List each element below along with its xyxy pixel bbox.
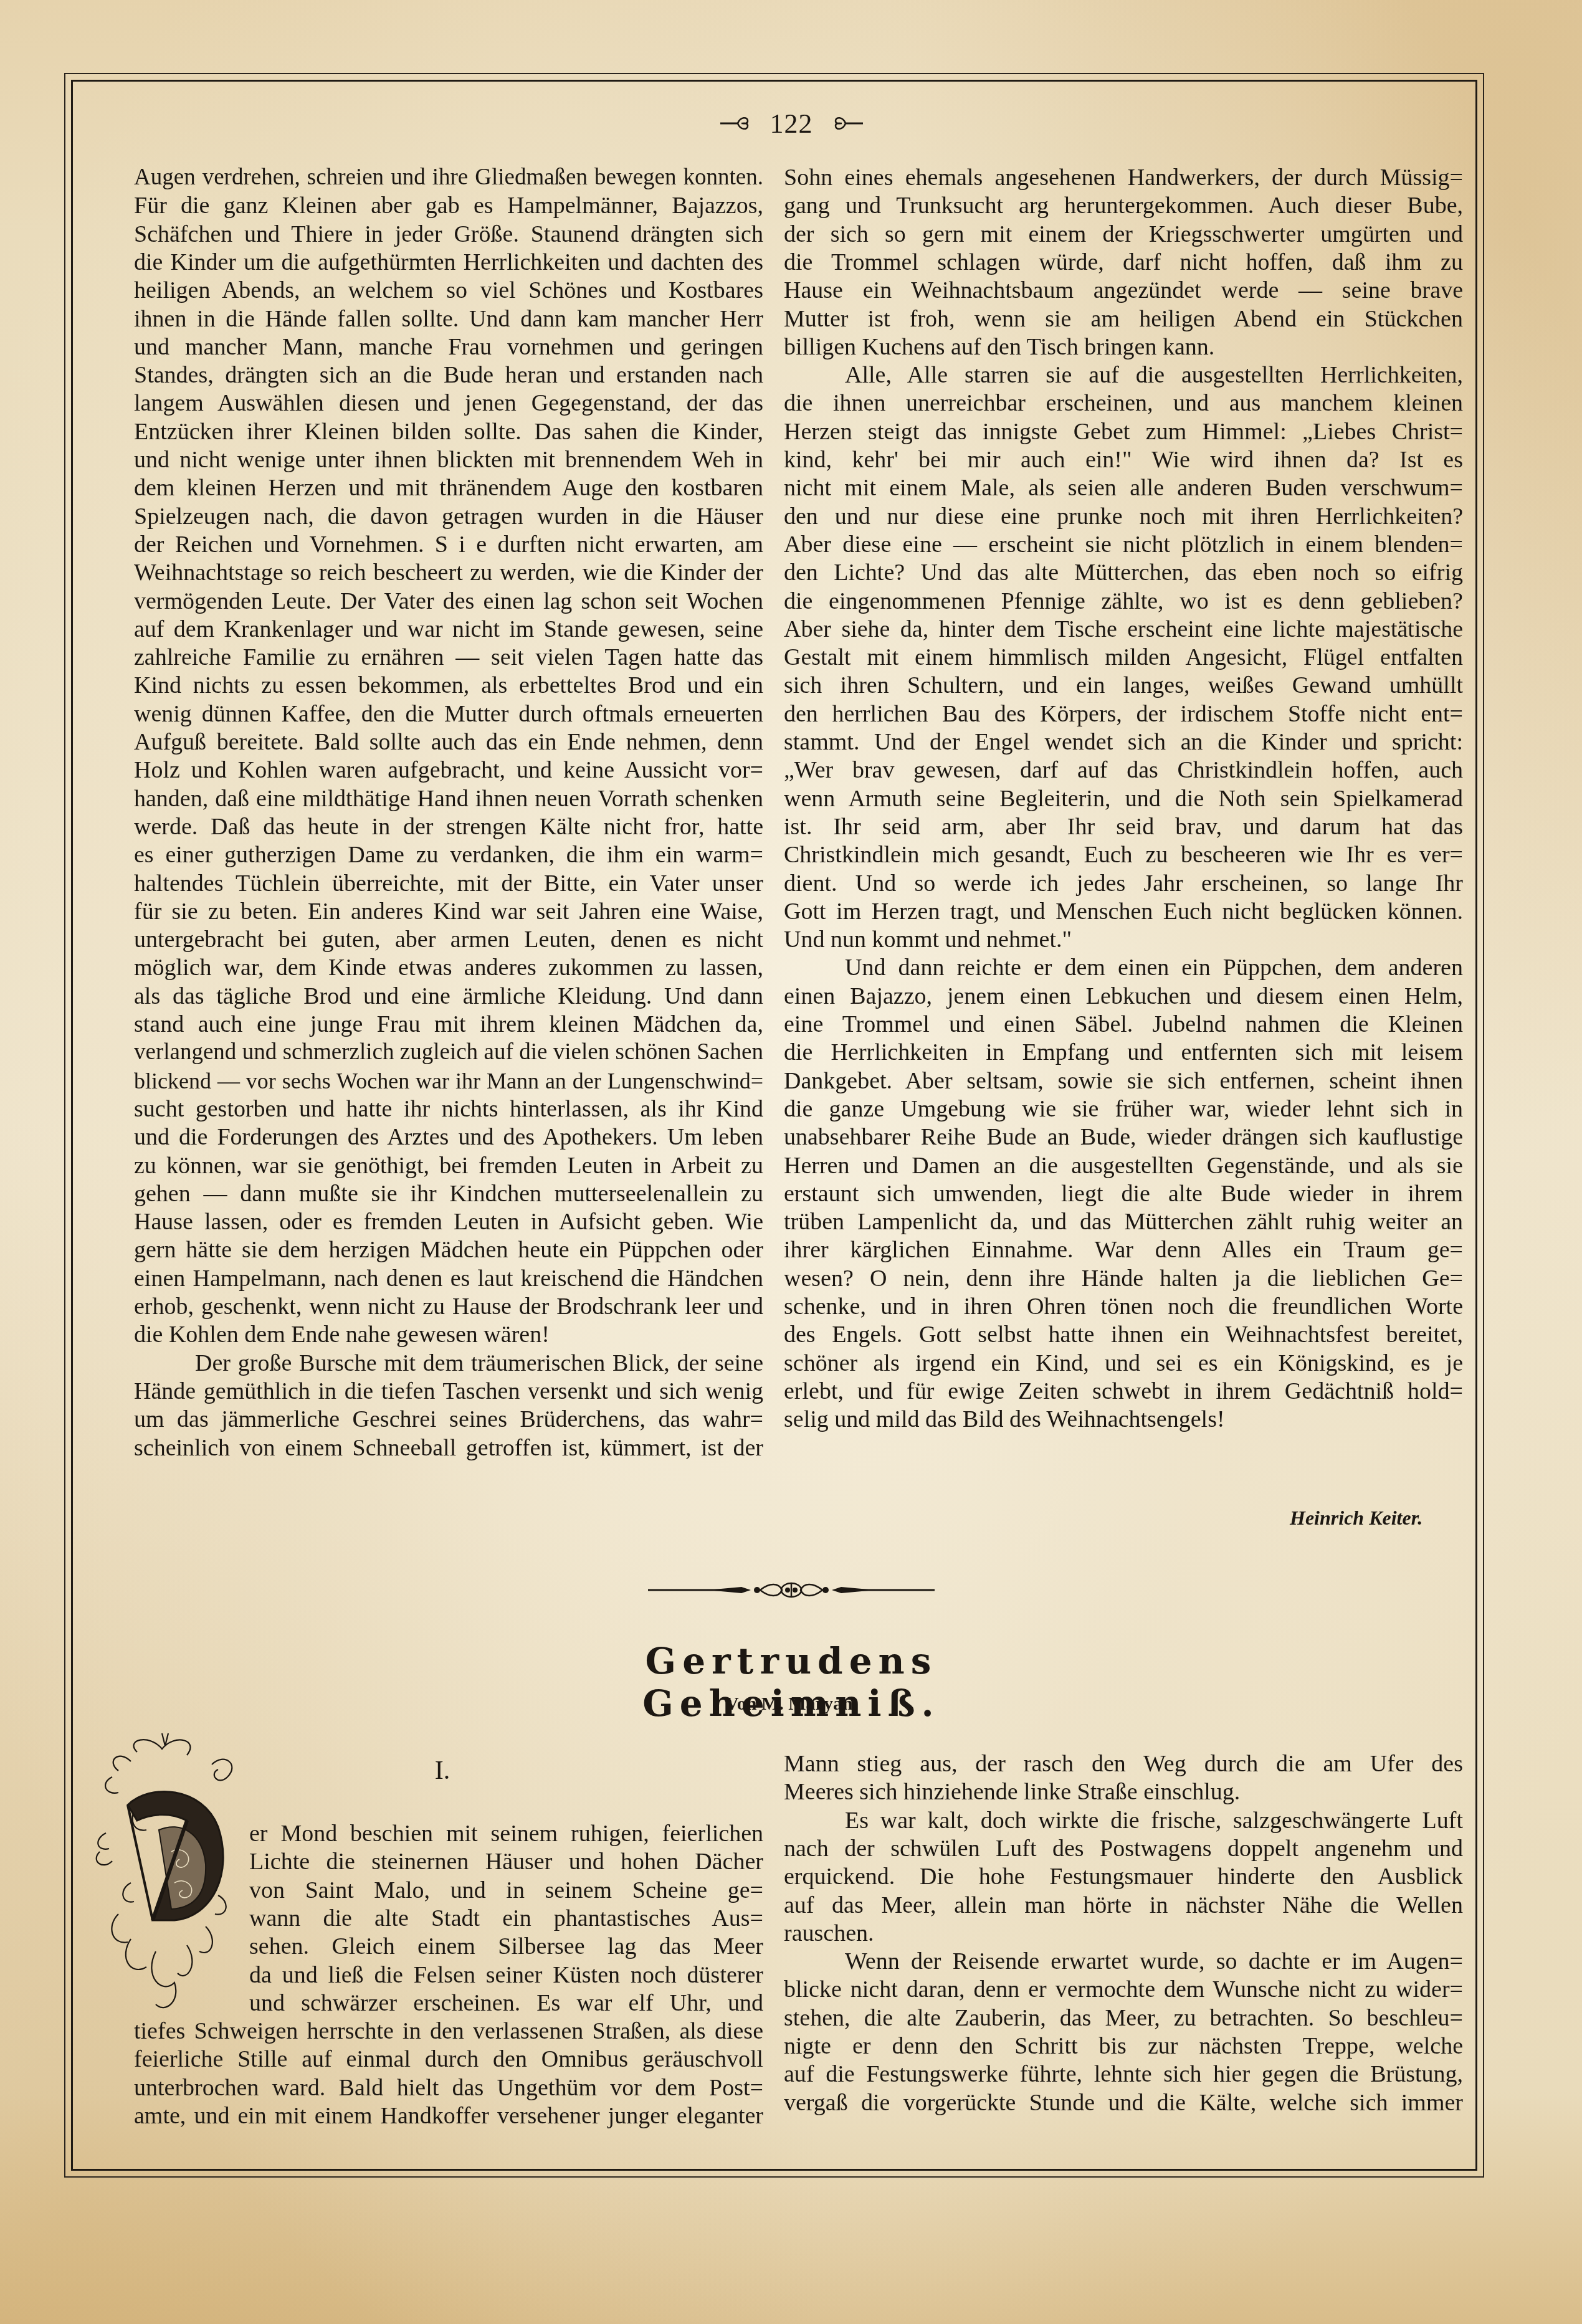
text-line: es einer gutherzigen Dame zu verdanken, … (134, 841, 763, 869)
text-line: nach der schwülen Luft des Postwagens do… (784, 1834, 1463, 1863)
text-line: Schäfchen und Thiere in jeder Größe. Sta… (134, 220, 763, 249)
text-line: feierliche Stille auf einmal durch den O… (134, 2045, 763, 2074)
text-line: dem kleinen Herzen und mit thränendem Au… (134, 474, 763, 502)
text-line: Holz und Kohlen waren aufgebracht, und k… (134, 756, 763, 784)
text-line: wenn Armuth seine Begleiterin, und die N… (784, 784, 1463, 813)
text-line: Standes, drängten sich an die Bude heran… (134, 361, 763, 389)
text-line: stehen, die alte Zauberin, das Meer, zu … (784, 2004, 1463, 2032)
text-line: und nicht wenige unter ihnen blickten mi… (134, 445, 763, 474)
text-line: Hause ein Weihnachtsbaum angezündet werd… (784, 276, 1463, 305)
text-line: möglich war, dem Kinde etwas anderes zuk… (134, 953, 763, 982)
chapter-number: I. (405, 1756, 480, 1786)
text-line: die ihnen unerreichbar erscheinen, und a… (784, 389, 1463, 417)
story-byline: Von M. Maryan. (542, 1693, 1041, 1715)
text-line: blickend — vor sechs Wochen war ihr Mann… (134, 1067, 763, 1095)
text-line: trüben Lampenlicht da, und das Mütterche… (784, 1207, 1463, 1236)
text-line: der sich so gern mit einem der Kriegssch… (784, 220, 1463, 249)
ornate-drop-cap-icon (93, 1727, 246, 2020)
text-line: Hause lassen, oder es fremden Leuten in … (134, 1207, 763, 1236)
text-line: des Engels. Gott selbst hatte ihnen ein … (784, 1320, 1463, 1349)
text-line: nicht mit einem Male, als seien alle and… (784, 474, 1463, 502)
text-line: den und nur diese eine prunke noch mit i… (784, 502, 1463, 531)
text-line: tiefes Schweigen herrschte in den verlas… (134, 2017, 763, 2045)
text-line: Weihnachtstage so reich bescheert zu wer… (134, 558, 763, 587)
text-line: zu können, war sie genöthigt, bei fremde… (134, 1151, 763, 1180)
text-line: die Kinder um die aufgethürmten Herrlich… (134, 248, 763, 277)
text-line: ihnen in die Hände fallen sollte. Und da… (134, 305, 763, 333)
text-line: Gott im Herzen tragt, und Menschen Euch … (784, 897, 1463, 926)
text-line: den Lichte? Und das alte Mütterchen, das… (784, 558, 1463, 587)
left-flourish-icon (719, 114, 754, 133)
text-line: erstaunt sich umwenden, liegt die alte B… (784, 1179, 1463, 1208)
right-flourish-icon (829, 114, 864, 133)
text-line: langem Auswählen diesen und jenen Gegege… (134, 389, 763, 417)
text-line: auf das Meer, allein man hörte in nächst… (784, 1891, 1463, 1920)
text-line: Und dann reichte er dem einen ein Püppch… (784, 953, 1463, 982)
text-line: sucht gestorben und hatte ihr nichts hin… (134, 1095, 763, 1123)
text-line: die Trommel schlagen würde, darf nicht h… (784, 248, 1463, 277)
text-line: wesen? O nein, denn ihre Hände halten ja… (784, 1264, 1463, 1293)
author-signature: Heinrich Keiter. (1290, 1507, 1422, 1530)
text-line: die eingenommenen Pfennige zählte, wo is… (784, 587, 1463, 616)
text-line: den herrlichen Bau des Körpers, der irdi… (784, 700, 1463, 728)
text-line: gehen — dann mußte sie ihr Kindchen mutt… (134, 1179, 763, 1208)
text-line: „Wer brav gewesen, darf auf das Christki… (784, 756, 1463, 784)
text-line: Dankgebet. Aber seltsam, sowie sie sich … (784, 1067, 1463, 1095)
text-line: auf die Festungswerke führte, lehnte sic… (784, 2060, 1463, 2088)
text-line: Wenn der Reisende erwartet wurde, so dac… (784, 1947, 1463, 1976)
text-line: selig und mild das Bild des Weihnachtsen… (784, 1405, 1463, 1434)
text-line: und die Forderungen des Arztes und des A… (134, 1123, 763, 1151)
text-line: vergaß die vorgerückte Stunde und die Kä… (784, 2088, 1463, 2117)
text-line: sich ihren Schultern, und ein langes, we… (784, 671, 1463, 700)
text-line: Herren und Damen an die ausgestellten Ge… (784, 1151, 1463, 1180)
page-number: 122 (770, 108, 813, 140)
text-line: die ganze Umgebung wie sie früher war, w… (784, 1095, 1463, 1123)
text-line: ihrer kärglichen Einnahme. War denn Alle… (784, 1236, 1463, 1264)
text-line: von Saint Malo, und in seinem Scheine ge… (249, 1876, 763, 1905)
text-line: amte, und ein mit einem Handkoffer verse… (134, 2102, 763, 2130)
text-line: Lichte die steinernen Häuser und hohen D… (249, 1847, 763, 1876)
text-line: wenig dünnen Kaffee, den die Mutter durc… (134, 700, 763, 728)
text-line: Spielzeugen nach, die davon getragen wur… (134, 502, 763, 531)
text-line: Kind nichts zu essen bekommen, als erbet… (134, 671, 763, 700)
text-line: Der große Bursche mit dem träumerischen … (134, 1349, 763, 1378)
text-line: erquickend. Die hohe Festungsmauer hinde… (784, 1862, 1463, 1891)
text-line: auf dem Krankenlager und war nicht im St… (134, 615, 763, 644)
text-line: Gestalt mit einem himmlisch milden Anges… (784, 643, 1463, 672)
text-line: da und ließ die Felsen seiner Küsten noc… (249, 1961, 763, 1989)
text-line: nigte er denn den Schritt bis zur nächst… (784, 2032, 1463, 2060)
text-line: einen Bajazzo, jenem einen Lebkuchen und… (784, 982, 1463, 1011)
page-header: 122 (717, 105, 866, 142)
text-line: erhob, geschenkt, wenn nicht zu Hause de… (134, 1292, 763, 1321)
text-line: eine Trommel und einen Säbel. Jubelnd na… (784, 1010, 1463, 1039)
text-line: zahlreiche Familie zu ernähren — seit vi… (134, 643, 763, 672)
ornamental-divider-icon (648, 1581, 935, 1599)
text-line: einen Hampelmann, nach denen es laut kre… (134, 1264, 763, 1293)
text-line: Aber siehe da, hinter dem Tische erschei… (784, 615, 1463, 644)
text-line: Für die ganz Kleinen aber gab es Hampelm… (134, 191, 763, 220)
text-line: Aufguß bereitete. Bald sollte auch das e… (134, 728, 763, 756)
text-line: kind, kehr' bei mir auch ein!" Wie wird … (784, 445, 1463, 474)
text-line: unterbrochen ward. Bald hielt das Ungeth… (134, 2074, 763, 2102)
text-line: handen, daß eine mildthätige Hand ihnen … (134, 784, 763, 813)
text-line: scheinlich von einem Schneeball getroffe… (134, 1434, 763, 1462)
text-line: Es war kalt, doch wirkte die frische, sa… (784, 1806, 1463, 1835)
text-line: für sie zu beten. Ein anderes Kind war s… (134, 897, 763, 926)
text-line: stand auch eine junge Frau mit ihrem kle… (134, 1010, 763, 1039)
text-line: und mancher Mann, manche Frau vornehmen … (134, 333, 763, 361)
text-line: gern hätte sie dem herzigen Mädchen heut… (134, 1236, 763, 1264)
text-line: die Kohlen dem Ende nahe gewesen wären! (134, 1320, 763, 1349)
text-line: erlebt, und für ewige Zeiten schwebt in … (784, 1377, 1463, 1406)
text-line: um das jämmerliche Geschrei seines Brüde… (134, 1405, 763, 1434)
text-line: billigen Kuchens auf den Tisch bringen k… (784, 333, 1463, 361)
text-line: Aber diese eine — erscheint sie nicht pl… (784, 530, 1463, 559)
text-line: und schwärzer erscheinen. Es war elf Uhr… (249, 1989, 763, 2017)
text-line: verlangend und schmerzlich zugleich auf … (134, 1038, 763, 1067)
text-line: haltendes Tüchlein überreichte, mit der … (134, 869, 763, 898)
text-line: Mutter ist froh, wenn sie am heiligen Ab… (784, 305, 1463, 333)
text-line: dient. Und so werde ich jedes Jahr ersch… (784, 869, 1463, 898)
text-line: schenke, und in ihren Ohren tönen noch d… (784, 1292, 1463, 1321)
text-line: unabsehbarer Reihe Bude an Bude, wieder … (784, 1123, 1463, 1151)
text-line: Und nun kommt und nehmet." (784, 925, 1463, 954)
text-line: gang und Trunksucht arg heruntergekommen… (784, 191, 1463, 220)
text-line: Hände gemüthlich in die tiefen Taschen v… (134, 1377, 763, 1406)
text-line: ist. Ihr seid arm, aber Ihr seid brav, u… (784, 812, 1463, 841)
text-line: stammt. Und der Engel wendet sich an die… (784, 728, 1463, 756)
text-line: blicke nicht daran, denn er vermochte de… (784, 1975, 1463, 2004)
text-line: Sohn eines ehemals angesehenen Handwerke… (784, 163, 1463, 192)
text-line: als das tägliche Brod und eine ärmliche … (134, 982, 763, 1011)
text-line: Entzücken ihrer Kleinen bilden sollte. D… (134, 417, 763, 446)
text-line: Meeres sich hinziehende linke Straße ein… (784, 1778, 1463, 1806)
text-line: Augen verdrehen, schreien und ihre Glied… (134, 163, 763, 192)
text-line: wann die alte Stadt ein phantastisches A… (249, 1904, 763, 1933)
text-line: der Reichen und Vornehmen. S i e durften… (134, 530, 763, 559)
text-line: Herzen steigt das innigste Gebet zum Him… (784, 417, 1463, 446)
text-line: Christkindlein mich gesandt, Euch zu bes… (784, 841, 1463, 869)
text-line: er Mond beschien mit seinem ruhigen, fei… (249, 1819, 763, 1848)
text-line: untergebracht bei guten, aber armen Leut… (134, 925, 763, 954)
text-line: rauschen. (784, 1919, 1463, 1948)
text-line: Alle, Alle starren sie auf die ausgestel… (784, 361, 1463, 389)
text-line: die Herrlichkeiten in Empfang und entfer… (784, 1038, 1463, 1067)
text-line: sehen. Gleich einem Silbersee lag das Me… (249, 1932, 763, 1961)
text-line: heiligen Abends, an welchem so viel Schö… (134, 276, 763, 305)
text-line: vermögenden Leute. Der Vater des einen l… (134, 587, 763, 616)
text-line: werde. Daß das heute in der strengen Käl… (134, 812, 763, 841)
text-line: Mann stieg aus, der rasch den Weg durch … (784, 1750, 1463, 1778)
text-line: schöner als irgend ein Kind, und sei es … (784, 1349, 1463, 1378)
